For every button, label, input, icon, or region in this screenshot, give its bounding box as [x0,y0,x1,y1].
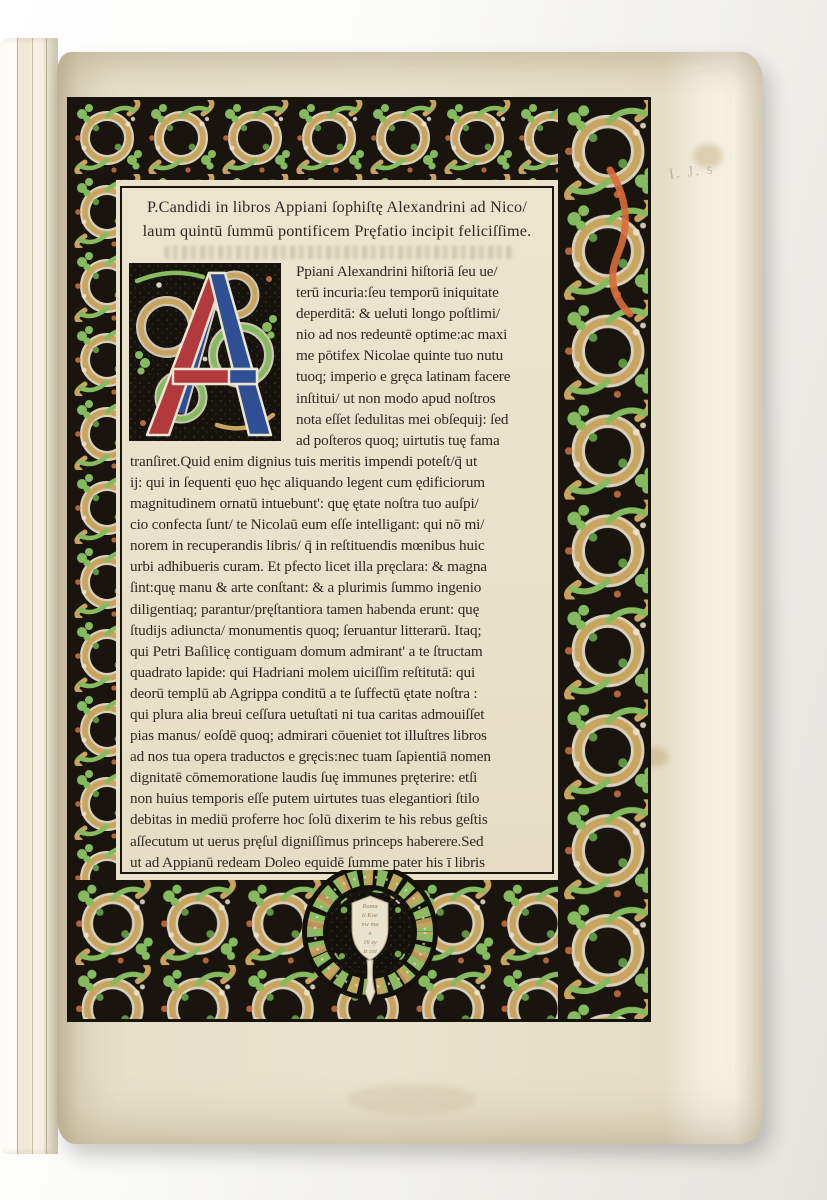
page-edge-line [32,38,33,1154]
text-line: norem in recuperandis libris/ q̄ in reſt… [130,535,544,556]
text-line: debitas in mediū proferre hoc ſolū dixer… [130,809,544,830]
text-line: ad poſteros quoq; uirtutis tuę fama [296,430,544,451]
text-line: deperditā: & ueluti longo poſtlimi/ [296,303,544,324]
header-line: laum quintū ſummū pontificem Pręfatio in… [130,219,544,243]
text-line: qui Petri Baſilicę contiguam domum admir… [130,641,544,662]
text-block: P.Candidi in libros Appiani ſophiſtę Ale… [120,186,554,874]
text-line: Ppiani Alexandrini hiſtoriā ſeu ue/ [296,261,544,282]
text-line: diligentiaq; parantur/pręſtantiora tamen… [130,599,544,620]
text-line: dignitatē cōmemoratione laudis ſuę immun… [130,767,544,788]
text-line: nota eſſet ſedulitas mei obſequij: ſed [296,409,544,430]
text-line: nio ad nos redeuntē optime:ac maxi [296,324,544,345]
text-line: inſtitui/ ut non modo apud noſtros [296,388,544,409]
text-line: magnitudinem ornatū intuebunt': quę ętat… [130,493,544,514]
text-line: aſſecutum ut uerus pręſul digniſſimus pr… [130,831,544,852]
text-line: tuoq; imperio e gręca latinam facere [296,366,544,387]
book-leaf: I. J. s [57,52,763,1144]
foxing-stain [347,1084,477,1114]
header-line: P.Candidi in libros Appiani ſophiſtę Ale… [130,195,544,219]
text-line: non huius temporis eſſe putem uirtutes t… [130,788,544,809]
paragraph-lines: Ppiani Alexandrini hiſtoriā ſeu ue/terū … [130,261,544,873]
text-line: ſtudijs adiuncta/ monumentis quoq; ſerua… [130,620,544,641]
woodcut-border-frame: Roma ti Koe nw ma n 16 zy iz cei P.Candi… [67,97,651,1022]
text-line: terū incuria:ſeu temporū iniquitate [296,282,544,303]
show-through-smudge [164,246,514,259]
wreath-inscription-line: Roma [361,903,377,910]
text-line: pias manus/ eoſdē quoq; admirari cōuenie… [130,725,544,746]
preface-header: P.Candidi in libros Appiani ſophiſtę Ale… [130,195,544,243]
wreath-inscription-line: iz cei [363,948,377,955]
wreath-inscription-line: 16 zy [363,939,377,946]
text-line: deorū templū ab Agrippa conditū a te ſuf… [130,683,544,704]
page-edge-line [17,38,18,1154]
pencil-marginalia: I. J. s [668,161,715,183]
preface-paragraph: A [130,261,544,873]
wreath-inscription-line: ti Koe [362,912,378,919]
text-line: urbi adhibueris curam. Et pfecto licet i… [130,556,544,577]
page-edge-line [46,38,47,1154]
wreath-inscription-line: n [368,930,371,937]
wreath-inscription-line: nw ma [361,921,378,928]
laurel-wreath-medallion: Roma ti Koe nw ma n 16 zy iz cei [290,870,450,1010]
text-line: qui plura alia breui ceſſura uetuſtati n… [130,704,544,725]
text-line: ad nos tua opera traductos e gręcis:nec … [130,746,544,767]
text-line: tranſiret.Quid enim dignius tuis meritis… [130,451,544,472]
photo-backdrop: I. J. s [0,0,827,1200]
book-gutter-page-edges [0,38,58,1154]
text-line: cio confecta ſunt/ te Nicolaū eum eſſe i… [130,514,544,535]
text-line: me pōtifex Nicolae quinte tuo nutu [296,345,544,366]
text-line: quadrato lapide: qui Hadriani molem uici… [130,662,544,683]
text-line: ſint:quę manu & arte conſtant: & a pluri… [130,577,544,598]
border-band-right [558,100,648,1019]
text-line: ij: qui in ſequenti ęuo hęc aliquando le… [130,472,544,493]
